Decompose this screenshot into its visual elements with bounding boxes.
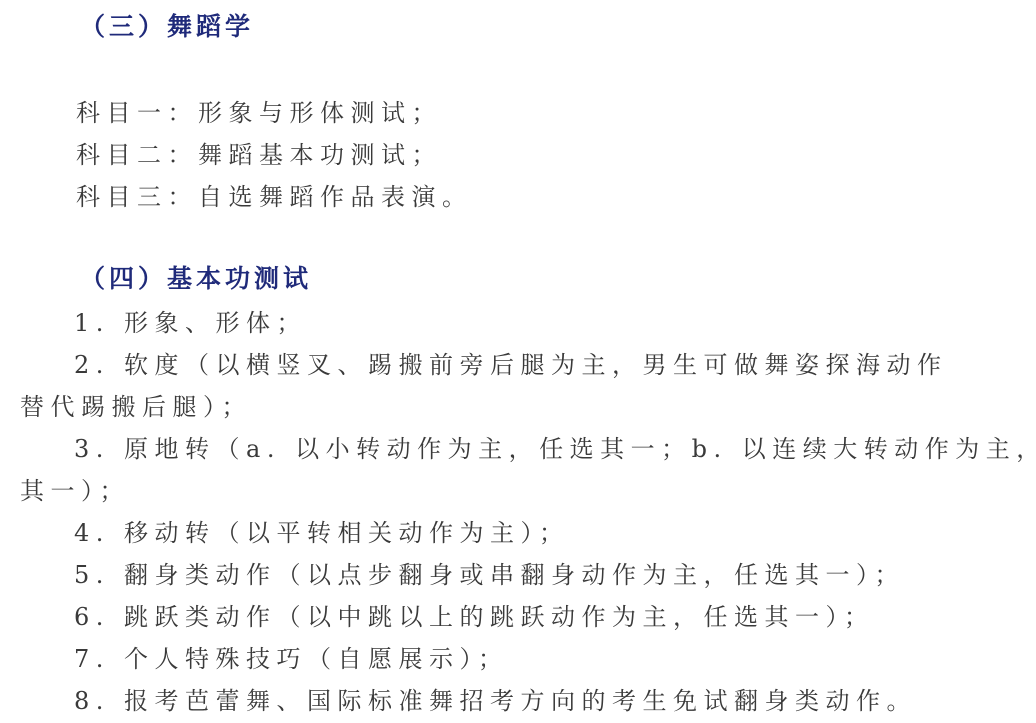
- section-heading-basic-skills: （四）基本功测试: [80, 264, 312, 294]
- subject-three: 科目三：自选舞蹈作品表演。: [76, 182, 473, 212]
- list-item-3-continued: 其一）；: [20, 476, 130, 506]
- subject-one: 科目一：形象与形体测试；: [76, 98, 442, 128]
- list-item-1: 1. 形象、形体；: [74, 308, 307, 338]
- list-item-8: 8. 报考芭蕾舞、国际标准舞招考方向的考生免试翻身类动作。: [74, 686, 917, 716]
- list-item-7: 7. 个人特殊技巧（自愿展示）；: [74, 644, 509, 674]
- section-heading-dance: （三）舞蹈学: [80, 12, 254, 42]
- list-item-3: 3. 原地转（a. 以小转动作为主，任选其一；b. 以连续大转动作为主，任选: [74, 434, 1036, 464]
- list-item-5: 5. 翻身类动作（以点步翻身或串翻身动作为主，任选其一）；: [74, 560, 905, 590]
- subject-two: 科目二：舞蹈基本功测试；: [76, 140, 442, 170]
- list-item-2-continued: 替代踢搬后腿）；: [20, 392, 252, 422]
- list-item-4: 4. 移动转（以平转相关动作为主）；: [74, 518, 570, 548]
- list-item-6: 6. 跳跃类动作（以中跳以上的跳跃动作为主，任选其一）；: [74, 602, 875, 632]
- list-item-2: 2. 软度（以横竖叉、踢搬前旁后腿为主，男生可做舞姿探海动作: [74, 350, 948, 380]
